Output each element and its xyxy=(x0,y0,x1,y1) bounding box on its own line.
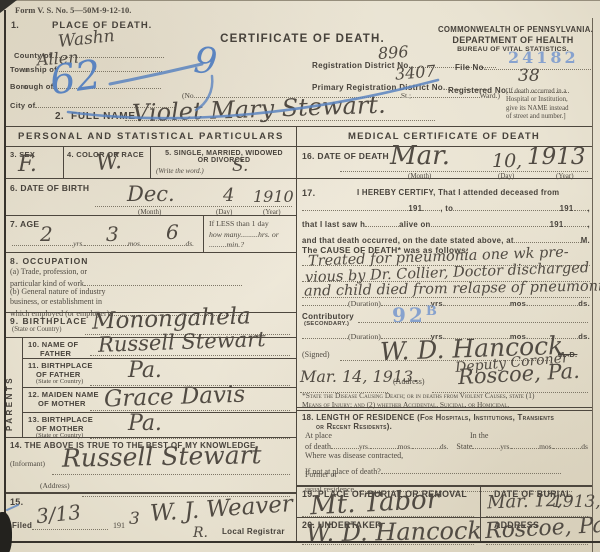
columns-top-line xyxy=(6,126,592,127)
secondary-label: (SECONDARY.) xyxy=(304,321,349,327)
residence-label: 18. LENGTH OF RESIDENCE (For Hospitals, … xyxy=(302,413,554,431)
left-line xyxy=(6,252,296,253)
state-label: State xyxy=(456,442,472,451)
or-label-2: or xyxy=(23,83,29,91)
duration-label: (Duration) xyxy=(348,332,381,341)
duration-label: (Duration) xyxy=(348,299,381,308)
informant-value: Russell Stewart xyxy=(62,442,262,470)
father-name-label: 10. NAME OF FATHER xyxy=(28,340,78,359)
dotted-blank xyxy=(331,447,359,449)
dod-day-value: 10, xyxy=(492,152,522,171)
certify-line-4: and that death occurred, on the date sta… xyxy=(302,234,590,245)
father-name-label-2: FATHER xyxy=(40,349,78,358)
age-years-value: 2 xyxy=(40,224,53,244)
dotted-blank xyxy=(365,225,399,227)
certify-line-1: I HEREBY CERTIFY, That I attended deceas… xyxy=(357,188,559,197)
mother-birthplace-label: 13. BIRTHPLACE OF MOTHER xyxy=(28,415,93,434)
certify-to: , to xyxy=(440,204,453,213)
pencil-district-right: 9 xyxy=(192,43,219,81)
meridian-label: M. xyxy=(581,236,590,245)
registration-district-value: 896 xyxy=(377,44,409,62)
informant-address-label: (Address) xyxy=(40,481,70,490)
item-2-number: 2. xyxy=(55,111,64,122)
death-certificate-document: Form V. S. No. 5—50M-9-12-10. 1. PLACE O… xyxy=(0,0,600,552)
year-prefix: 191 xyxy=(560,204,574,213)
dotted-blank xyxy=(529,304,579,306)
mos-unit: mos. xyxy=(539,442,553,451)
day-hint: (Day) xyxy=(216,208,232,216)
dotted-blank xyxy=(370,447,398,449)
burial-year-value: 1913, xyxy=(552,494,600,511)
file-no-value: 24182 xyxy=(508,50,579,66)
borough-label: Borough of xyxy=(10,82,53,91)
parents-label: PARENTS xyxy=(5,347,14,431)
dod-month-value: Mar. xyxy=(390,143,450,169)
dotted-blank xyxy=(431,225,550,227)
mother-maiden-label-1: 12. MAIDEN NAME xyxy=(28,390,99,399)
father-name-label-1: 10. NAME OF xyxy=(28,340,78,349)
marital-value: S. xyxy=(232,158,248,175)
filed-date-value: 3/13 xyxy=(35,502,82,527)
duration-line-1: (Duration) yrs. mos. ds. xyxy=(302,297,590,308)
year-prefix: 191 xyxy=(550,220,564,229)
dotted-blank xyxy=(564,225,588,227)
agency-line-1: COMMONWEALTH OF PENNSYLVANIA. xyxy=(438,25,588,34)
filed-year-printed: 191 xyxy=(113,521,125,530)
contributory-label: Contributory xyxy=(302,312,354,321)
dod-year-value: 1913 xyxy=(527,146,586,169)
dotted-blank xyxy=(453,209,559,211)
father-name-value: Russell Stewart xyxy=(98,329,266,356)
age-note-line-2: how many.........hrs. or xyxy=(209,230,294,241)
age-months-value: 3 xyxy=(106,224,119,244)
dob-day-value: 4 xyxy=(223,187,234,205)
registrar-initial: R. xyxy=(193,526,208,540)
dotted-blank xyxy=(90,430,290,439)
frame-top-line xyxy=(0,0,600,1)
ds-unit: ds. xyxy=(440,442,449,451)
center-divider-line xyxy=(296,126,297,541)
age-years-unit: yrs. xyxy=(73,239,84,248)
dotted-blank xyxy=(445,304,510,306)
in-the-label: In the xyxy=(470,431,488,440)
frame-left-line xyxy=(4,10,6,552)
occupation-b-line-1: (b) General nature of industry xyxy=(10,287,247,297)
right-double-line-b xyxy=(297,410,592,411)
footnote-line-2: Means of Injury; and (2) whether Acciden… xyxy=(302,400,592,409)
occupation-a: (a) Trade, profession, or particular kin… xyxy=(10,267,242,289)
city-label: City of xyxy=(10,101,35,110)
certify-line-3b: alive on xyxy=(399,220,430,229)
right-heavy-line xyxy=(297,485,592,487)
hospital-note-line-3: give its NAME instead xyxy=(506,105,590,113)
dotted-blank xyxy=(381,465,561,474)
former-label-1: Former or xyxy=(305,470,337,479)
certify-line-4-text: and that death occurred, on the date sta… xyxy=(302,236,514,245)
residence-values-line: of death yrs. mos. ds. State yrs. mos. d… xyxy=(305,440,588,451)
ds-unit-short: ds xyxy=(581,442,588,451)
certify-line-3a: that I last saw h xyxy=(302,220,365,229)
age-months-unit: mos. xyxy=(128,239,142,248)
yrs-unit: yrs. xyxy=(359,442,370,451)
dotted-blank xyxy=(511,447,539,449)
birthplace-hint: (State or Country) xyxy=(12,326,61,333)
certificate-title: CERTIFICATE OF DEATH. xyxy=(215,33,390,45)
father-birthplace-value: Pa. xyxy=(128,360,162,382)
signed-label: (Signed) xyxy=(302,350,330,359)
dotted-blank xyxy=(84,277,242,286)
date-of-death-label: 16. DATE OF DEATH xyxy=(302,151,389,161)
occupation-label: 8. OCCUPATION xyxy=(10,256,88,266)
registered-no-label: Registered No. xyxy=(448,86,509,95)
year-hint: (Year) xyxy=(263,208,281,216)
scan-blob-artifact xyxy=(0,512,12,552)
contracted-line-2: If not at place of death? xyxy=(305,461,561,479)
at-place-label: At place xyxy=(305,431,332,440)
right-double-line-a xyxy=(297,407,592,408)
day-hint: (Day) xyxy=(498,172,514,180)
undertaker-value: W. D. Hancock xyxy=(306,518,482,545)
item-17-number: 17. xyxy=(302,188,315,198)
contributory-stamp: 92B xyxy=(392,305,440,327)
marital-label-line-2: OR DIVORCED xyxy=(152,157,296,164)
marital-hint: (Write the word.) xyxy=(156,167,204,175)
dotted-blank xyxy=(412,447,440,449)
residence-label-line-1: 18. LENGTH OF RESIDENCE (For Hospitals, … xyxy=(302,413,554,422)
ds-unit: ds. xyxy=(578,299,590,308)
dotted-blank xyxy=(142,244,186,246)
marital-label: 5. SINGLE, MARRIED, WIDOWED OR DIVORCED xyxy=(152,150,296,164)
mother-maiden-value: Grace Davis xyxy=(104,384,246,412)
filed-label: Filed xyxy=(12,521,32,530)
year-prefix: 191 xyxy=(408,204,422,213)
certify-line-2: 191 , to 191 , xyxy=(302,202,590,213)
personal-section-header: PERSONAL AND STATISTICAL PARTICULARS xyxy=(8,131,294,142)
footnote-line-1: *State the Disease Causing Death; or in … xyxy=(302,391,592,400)
dotted-blank xyxy=(514,241,581,243)
age-note-line-1: If LESS than 1 day xyxy=(209,219,294,230)
hospital-note-line-4: of street and number.] xyxy=(506,113,590,121)
dotted-blank xyxy=(302,304,348,306)
or-label-1: or xyxy=(23,66,29,74)
contributory-stamp-main: 92 xyxy=(392,303,426,327)
filed-year-written: 3 xyxy=(129,511,140,528)
undertaker-address-value: Roscoe, Pa xyxy=(485,515,600,543)
dotted-blank xyxy=(302,337,348,339)
primary-district-value: 3407 xyxy=(394,63,436,82)
form-number: Form V. S. No. 5—50M-9-12-10. xyxy=(15,5,131,15)
date-of-birth-label: 6. DATE OF BIRTH xyxy=(10,183,89,193)
dotted-blank xyxy=(302,209,408,211)
left-line xyxy=(6,178,296,179)
local-registrar-label: Local Registrar xyxy=(222,527,285,536)
right-line xyxy=(297,178,592,179)
age-label: 7. AGE xyxy=(10,219,39,229)
birthplace-label: 9. BIRTHPLACE xyxy=(10,316,87,326)
registrar-signature: W. J. Weaver xyxy=(149,493,293,526)
registered-no-field: Registered No. xyxy=(448,80,569,98)
ds-unit: ds. xyxy=(578,332,590,341)
age-less-note: If LESS than 1 day how many.........hrs.… xyxy=(209,219,294,251)
father-birthplace-label: 11. BIRTHPLACE OF FATHER xyxy=(28,361,93,380)
age-days-value: 6 xyxy=(166,222,179,242)
mother-birthplace-value: Pa. xyxy=(128,413,162,435)
burial-cell-divider xyxy=(480,487,481,517)
item-15-number: 15. xyxy=(10,497,23,507)
pencil-district-left: 62 xyxy=(47,55,103,102)
certify-line-3: that I last saw h alive on 191 , xyxy=(302,218,590,229)
dotted-blank xyxy=(574,209,588,211)
cell-divider xyxy=(203,215,204,252)
residence-label-line-2: or Recent Residents). xyxy=(316,422,554,431)
dob-month-value: Dec. xyxy=(127,184,175,205)
father-birthplace-hint: (State or Country) xyxy=(36,378,83,385)
of-death-label: of death xyxy=(305,442,331,451)
contracted-label-1: Where was disease contracted, xyxy=(305,451,403,460)
informant-label: (Informant) xyxy=(10,459,45,468)
burial-place-value: Mt. Tabor xyxy=(309,487,439,520)
father-birthplace-label-1: 11. BIRTHPLACE xyxy=(28,361,93,370)
mos-unit: mos. xyxy=(510,299,529,308)
dotted-blank xyxy=(472,447,500,449)
mother-birthplace-label-1: 13. BIRTHPLACE xyxy=(28,415,93,424)
mother-birthplace-hint: (State or Country) xyxy=(36,432,83,439)
dotted-blank xyxy=(422,209,440,211)
year-hint: (Year) xyxy=(556,172,574,180)
mos-unit: mos. xyxy=(398,442,412,451)
dob-year-value: 1910 xyxy=(253,189,294,205)
dotted-blank xyxy=(553,447,581,449)
contributory-stamp-sup: B xyxy=(426,304,440,319)
item-1-number: 1. xyxy=(11,20,19,30)
agency-line-2: DEPARTMENT OF HEALTH xyxy=(438,35,588,45)
cell-divider xyxy=(63,147,64,178)
month-hint: (Month) xyxy=(138,208,161,216)
color-race-value: W. xyxy=(95,151,123,175)
marital-label-line-1: 5. SINGLE, MARRIED, WIDOWED xyxy=(152,150,296,157)
occupation-a-line-1: (a) Trade, profession, or xyxy=(10,267,242,277)
file-no-label: File No. xyxy=(455,63,486,72)
cell-divider xyxy=(150,147,151,178)
registered-no-value: 38 xyxy=(518,68,540,85)
mother-maiden-label: 12. MAIDEN NAME OF MOTHER xyxy=(28,390,99,409)
comma: , xyxy=(588,220,590,229)
header-band-bottom-line xyxy=(6,146,592,147)
age-days-unit: ds. xyxy=(185,239,194,248)
sex-value: F. xyxy=(18,154,37,176)
age-note-line-3: .........min.? xyxy=(209,240,294,251)
month-hint: (Month) xyxy=(408,172,431,180)
comma: , xyxy=(588,204,590,213)
yrs-unit: yrs. xyxy=(500,442,511,451)
signed-address-label: (Address) xyxy=(393,377,425,386)
